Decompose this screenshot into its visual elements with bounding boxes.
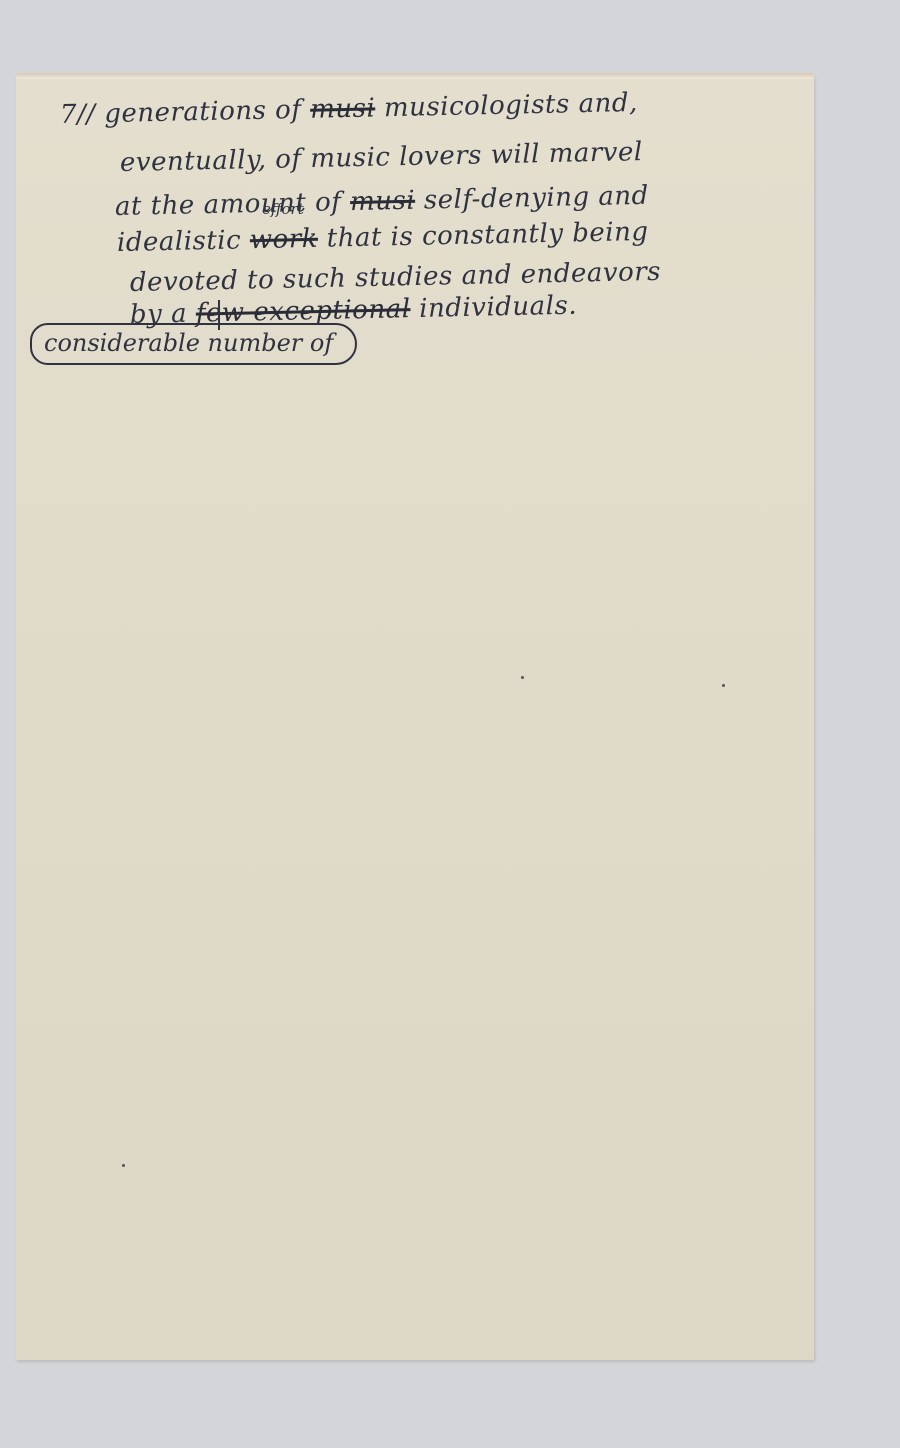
- line-4-struck: work: [250, 224, 319, 255]
- paper-speck: [722, 684, 725, 687]
- line-3-struck: musi: [350, 186, 416, 217]
- paper-speck: [521, 676, 524, 679]
- line-6-after: individuals.: [419, 291, 577, 324]
- line-1-struck: musi: [310, 93, 376, 124]
- line-3-before: at the amount of: [115, 187, 342, 222]
- inserted-word-effort: effort: [262, 200, 304, 218]
- marginal-insert: considerable number of: [30, 323, 357, 365]
- line-1-after: musicologists and,: [384, 88, 638, 123]
- paper-speck: [122, 1164, 125, 1167]
- line-3-after: self-denying and: [424, 181, 649, 216]
- page-marker: 7//: [60, 99, 96, 130]
- line-4-before: idealistic: [117, 225, 242, 258]
- line-1-before: generations of: [104, 95, 302, 129]
